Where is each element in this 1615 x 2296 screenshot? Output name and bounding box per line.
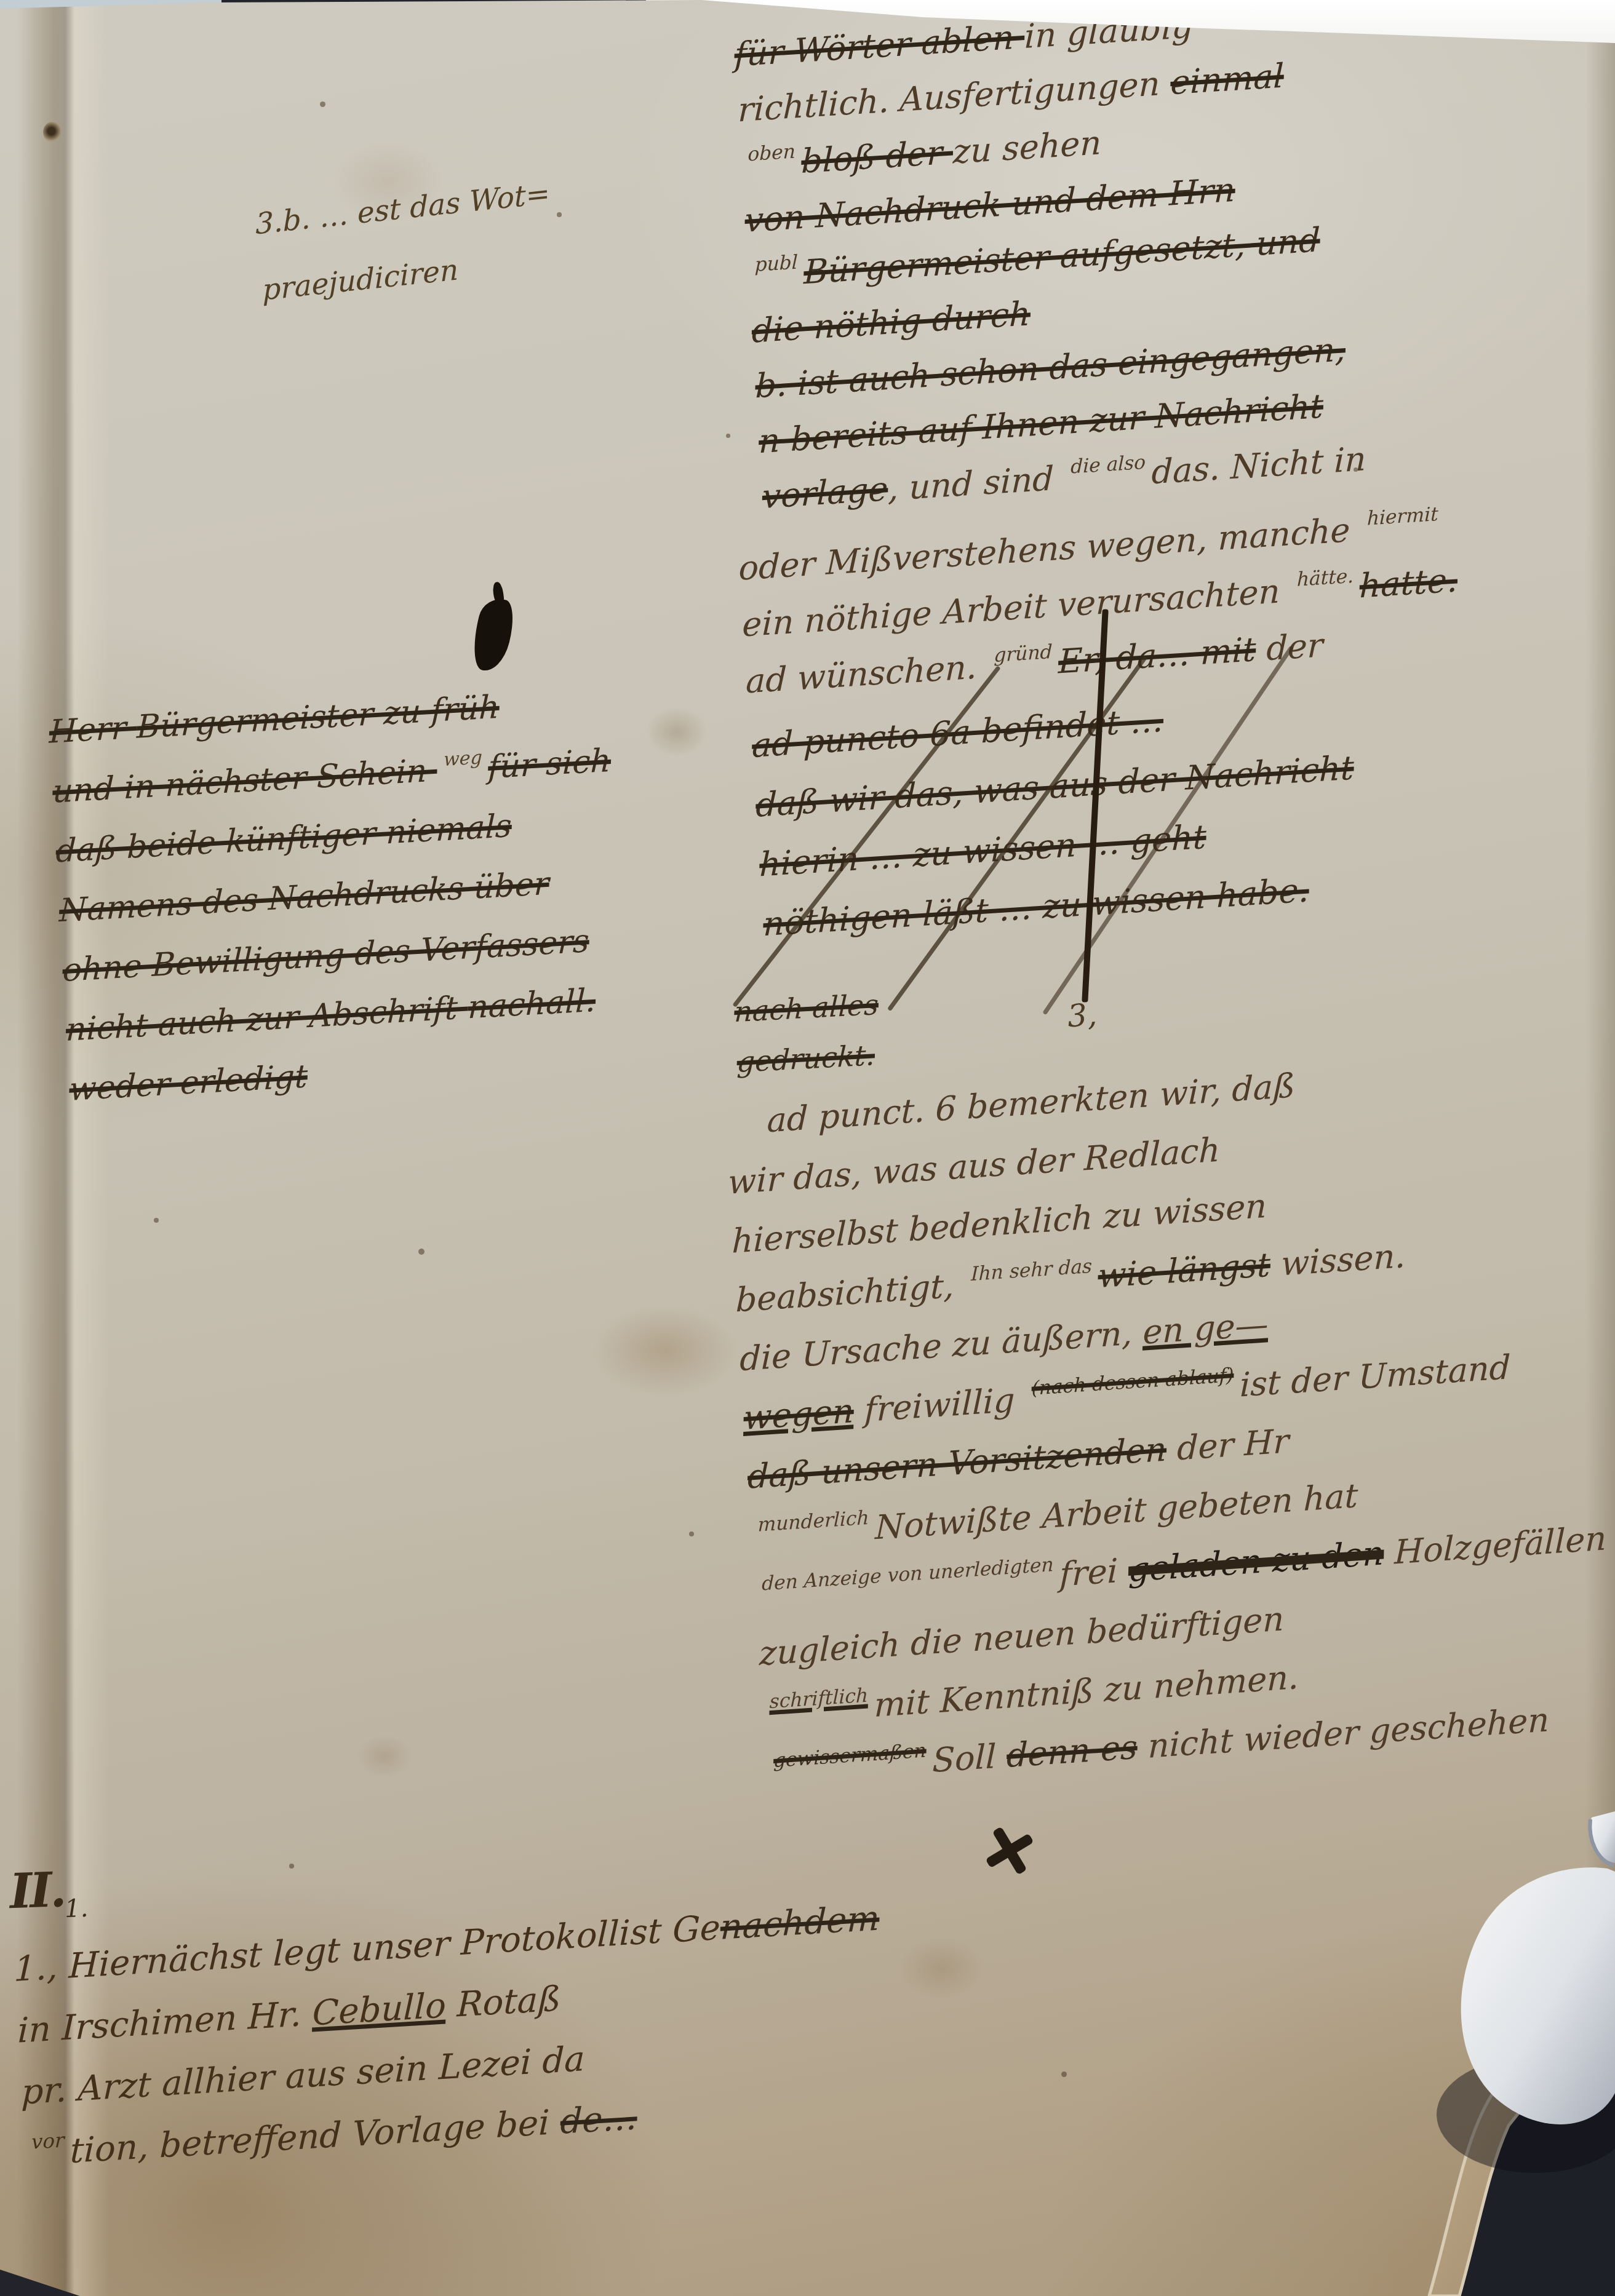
section-item-number: 1. bbox=[64, 1894, 89, 1923]
section-heading: II.1. bbox=[9, 1861, 89, 1925]
marginal-number-3: 3, bbox=[1066, 996, 1098, 1034]
handwriting-line: gedruckt. bbox=[736, 1038, 882, 1097]
crossed-fragment-block: nach allesgedruckt. bbox=[733, 988, 882, 1096]
handwriting-segment: vorlage bbox=[762, 469, 888, 516]
handwriting-segment: hätte. bbox=[1296, 565, 1354, 591]
ink-speck bbox=[289, 1864, 294, 1869]
handwriting-segment: Herr bbox=[49, 709, 137, 751]
ink-speck bbox=[320, 101, 325, 107]
ink-speck bbox=[154, 1218, 159, 1223]
left-crossed-out-paragraph: Herr Bürgermeister zu frühund in nächste… bbox=[47, 683, 629, 1131]
handwriting-segment: de… bbox=[560, 2097, 638, 2142]
margin-note: 3.b. … est das Wot=praejudiciren bbox=[252, 177, 560, 340]
handwriting-segment: gründ bbox=[994, 641, 1053, 667]
handwriting-segment: nachall. bbox=[468, 982, 596, 1027]
handwriting-segment: publ bbox=[754, 252, 798, 277]
handwriting-segment: Bürgermeister zu früh bbox=[136, 689, 500, 746]
handwriting-segment: der Hr bbox=[1166, 1421, 1289, 1468]
bottom-paragraph: 1., Hiernächst legt unser Protokollist G… bbox=[12, 1899, 891, 2196]
torn-corner-scene bbox=[1246, 1804, 1615, 2296]
handwriting-segment: vor bbox=[31, 2129, 65, 2154]
handwriting-segment: nachdem bbox=[720, 1898, 880, 1948]
ink-speck bbox=[418, 1249, 425, 1255]
fox-stain bbox=[646, 707, 708, 757]
fox-stain bbox=[591, 1304, 738, 1396]
handwriting-segment: Cebullo bbox=[312, 1985, 447, 2033]
handwriting-segment: für Wörter ablen bbox=[734, 17, 1025, 74]
handwriting-segment: für sich bbox=[487, 742, 612, 786]
handwriting-segment: wissen. bbox=[1270, 1236, 1406, 1284]
handwriting-segment: gedruckt. bbox=[736, 1038, 875, 1079]
fox-stain bbox=[357, 1734, 412, 1778]
insertion-cross-mark bbox=[982, 1823, 1037, 1878]
handwriting-segment: en ge— bbox=[1142, 1305, 1269, 1352]
handwriting-line: nach alles bbox=[733, 988, 879, 1046]
handwriting-segment: hiermit bbox=[1367, 503, 1439, 530]
ink-speck bbox=[689, 1531, 694, 1536]
handwriting-segment: oben bbox=[748, 141, 796, 166]
ink-speck bbox=[726, 434, 730, 438]
handwriting-segment: Rotaß bbox=[445, 1979, 561, 2025]
ink-speck bbox=[1061, 2072, 1067, 2077]
handwriting-segment: frei bbox=[1059, 1551, 1128, 1594]
right-column-paragraph-3-crossed: ad puncto 6a befindet …daß wir das, was … bbox=[750, 689, 1363, 964]
fox-stain bbox=[898, 1937, 984, 1999]
handwriting-segment: die also bbox=[1071, 451, 1146, 479]
handwriting-segment: denn es bbox=[1007, 1728, 1138, 1775]
handwriting-segment: der bbox=[1256, 626, 1324, 669]
handwriting-segment: Soll bbox=[932, 1736, 1007, 1780]
handwriting-segment: einmal bbox=[1170, 56, 1285, 102]
right-column-paragraph-1: für Wörter ablen in glaubignicht wollenr… bbox=[733, 0, 1368, 533]
right-column-paragraph-2: oder Mißverstehens wegen, manche hiermit… bbox=[736, 504, 1462, 719]
ink-blot bbox=[466, 595, 519, 675]
handwriting-segment: weg bbox=[443, 747, 482, 771]
right-column-paragraph-4: ad punct. 6 bemerkten wir, daßwir das, w… bbox=[722, 1047, 1615, 1811]
handwriting-segment: wegen bbox=[743, 1391, 854, 1437]
handwriting-segment: nach alles bbox=[734, 988, 879, 1028]
wormhole bbox=[43, 122, 62, 143]
ink-speck bbox=[557, 212, 562, 217]
section-numeral: II. bbox=[9, 1862, 65, 1920]
handwriting-segment: hatte. bbox=[1359, 560, 1458, 605]
glove-upper-part bbox=[1590, 1811, 1615, 1863]
